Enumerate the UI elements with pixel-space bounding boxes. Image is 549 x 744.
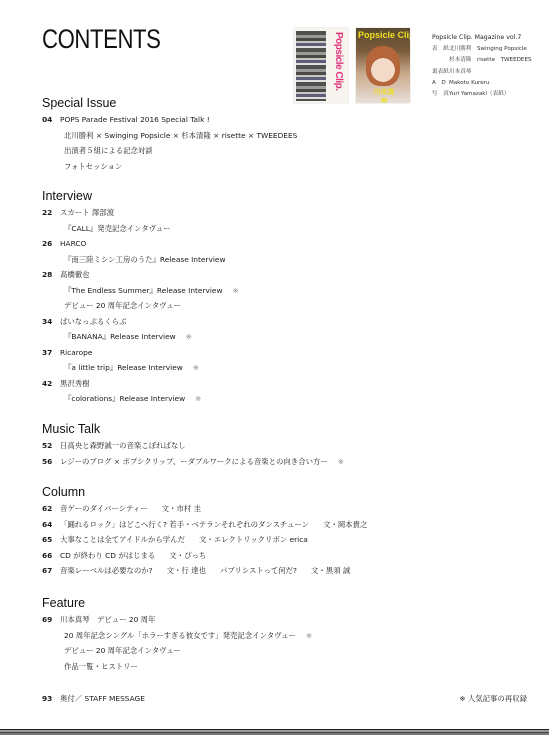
entry-title: 大事なことは全てアイドルから学んだ — [60, 535, 185, 544]
section-title: Feature — [42, 594, 312, 612]
cover-brand-logo: Popsicle Clip. — [328, 32, 344, 100]
entry-subtitle: 『a little trip』Release Interview※ — [42, 360, 239, 376]
page-number: 42 — [42, 376, 60, 392]
entry-subtitle: デビュー 20 周年記念インタヴュー — [42, 643, 312, 659]
credit-label: 裏表紙 — [432, 67, 449, 78]
entry-title: スカート 澤部渡 — [60, 208, 114, 217]
entry-title: 音楽レーベルは必要なのか? — [60, 566, 153, 575]
credit-row: 杉本清隆 risette TWEEDEES — [432, 55, 549, 66]
credit-value: Yuri Yamazaki（表紙） — [449, 89, 509, 100]
entry-subtitle: 作品一覧・ヒストリー — [42, 659, 312, 675]
credit-label: 表 紙 — [432, 44, 449, 55]
page-number: 28 — [42, 267, 60, 283]
toc-entry[interactable]: 56レジーのブログ × ポプシクリップ、ーダブルワークによる音楽との向き合い方ー… — [42, 454, 344, 470]
toc-entry-colophon[interactable]: 93奥付／ STAFF MESSAGE — [42, 693, 145, 704]
entry-author: 文・市村 圭 — [162, 504, 201, 513]
entry-title: 「踊れるロック」はどこへ行く? 若手・ベテランそれぞれのダンスチューン — [60, 520, 309, 529]
toc-entry[interactable]: 65大事なことは全てアイドルから学んだ文・エレクトリックリボン erica — [42, 532, 367, 548]
section-column: Column 62音ゲーのダイバーシティー文・市村 圭 64「踊れるロック」はど… — [42, 483, 367, 579]
section-title: Music Talk — [42, 420, 344, 438]
entry-subtitle-text: 『CALL』発売記念インタヴュー — [64, 224, 171, 233]
credit-label — [432, 55, 449, 66]
entry-subtitle-text: デビュー 20 周年記念インタヴュー — [64, 301, 181, 310]
entry-subtitle: 『CALL』発売記念インタヴュー — [42, 221, 239, 237]
entry-subtitle-text: 『BANANA』Release Interview — [64, 332, 176, 341]
page-number: 26 — [42, 236, 60, 252]
page-number: 34 — [42, 314, 60, 330]
entry-subtitle: 『BANANA』Release Interview※ — [42, 329, 239, 345]
reprint-mark: ※ — [306, 631, 312, 640]
cover-brand-logo: Popsicle Clip. — [358, 30, 408, 40]
toc-entry[interactable]: 52日高央と森野誠一の音楽こぼればなし — [42, 438, 344, 454]
entry-title-extra: パブリシストって何だ? — [220, 566, 297, 575]
entry-author: 文・行 達也 — [167, 566, 206, 575]
credit-value: 川本真琴 — [449, 67, 471, 78]
reprint-note: ※ 人気記事の再収録 — [459, 693, 527, 704]
toc-entry[interactable]: 34ぱいなっぷるくらぶ — [42, 314, 239, 330]
entry-subtitle-text: 作品一覧・ヒストリー — [64, 662, 138, 671]
reprint-mark: ※ — [193, 363, 199, 372]
entry-subtitle: 北川勝利 × Swinging Popsicle × 杉本清隆 × risett… — [42, 128, 297, 144]
credit-value: 杉本清隆 risette TWEEDEES — [449, 55, 532, 66]
entry-title: 川本真琴 デビュー 20 周年 — [60, 615, 155, 624]
page-number: 65 — [42, 532, 60, 548]
entry-author: 文・岡本貴之 — [323, 520, 367, 529]
page-number: 69 — [42, 612, 60, 628]
page-title: CONTENTS — [42, 24, 160, 55]
page-number: 56 — [42, 454, 60, 470]
toc-entry[interactable]: 42黒沢秀樹 — [42, 376, 239, 392]
section-special-issue: Special Issue 04POPS Parade Festival 201… — [42, 94, 297, 174]
credit-value: Makoto Kureru — [449, 78, 490, 89]
credits-block: Popsicle Clip. Magazine vol.7 表 紙北川勝利 Sw… — [432, 32, 549, 100]
entry-subtitle: 出演者５組による記念対談 — [42, 143, 297, 159]
entry-title: 高橋徹也 — [60, 270, 90, 279]
toc-entry[interactable]: 26HARCO — [42, 236, 239, 252]
entry-author: 文・エレクトリックリボン erica — [199, 535, 308, 544]
reprint-mark: ※ — [233, 286, 239, 295]
entry-title: HARCO — [60, 239, 86, 248]
entry-title: 黒沢秀樹 — [60, 379, 90, 388]
credit-row: A DMakoto Kureru — [432, 78, 549, 89]
page-number: 66 — [42, 548, 60, 564]
entry-title: POPS Parade Festival 2016 Special Talk ! — [60, 115, 210, 124]
reprint-mark: ※ — [186, 332, 192, 341]
entry-subtitle-text: 『南三陸ミシン工房のうた』Release Interview — [64, 255, 226, 264]
credit-row: 写 真Yuri Yamazaki（表紙） — [432, 89, 549, 100]
entry-title: レジーのブログ × ポプシクリップ、ーダブルワークによる音楽との向き合い方ー — [60, 457, 328, 466]
magazine-name: Popsicle Clip. Magazine vol.7 — [432, 32, 549, 43]
cover-name: 川本真琴 — [373, 87, 395, 97]
credit-row: 表 紙北川勝利 Swinging Popsicle — [432, 44, 549, 55]
entry-subtitle: 『colorations』Release Interview※ — [42, 391, 239, 407]
cover-group-photo — [296, 31, 326, 101]
reprint-mark: ※ — [338, 457, 344, 466]
entry-subtitle: デビュー 20 周年記念インタヴュー — [42, 298, 239, 314]
toc-entry[interactable]: 67音楽レーベルは必要なのか?文・行 達也パブリシストって何だ?文・黒須 誠 — [42, 563, 367, 579]
page-number: 62 — [42, 501, 60, 517]
section-feature: Feature 69川本真琴 デビュー 20 周年 20 周年記念シングル「ホラ… — [42, 594, 312, 674]
section-title: Interview — [42, 187, 239, 205]
entry-title: 音ゲーのダイバーシティー — [60, 504, 148, 513]
toc-entry[interactable]: 62音ゲーのダイバーシティー文・市村 圭 — [42, 501, 367, 517]
entry-subtitle-text: 『The Endless Summer』Release Interview — [64, 286, 223, 295]
section-title: Special Issue — [42, 94, 297, 112]
page-number: 93 — [42, 694, 60, 703]
entry-subtitle: 『The Endless Summer』Release Interview※ — [42, 283, 239, 299]
entry-author: 文・黒須 誠 — [311, 566, 350, 575]
section-music-talk: Music Talk 52日高央と森野誠一の音楽こぼればなし 56レジーのブログ… — [42, 420, 344, 469]
entry-subtitle: 20 周年記念シングル「ホラーすぎる彼女です」発売記念インタヴュー※ — [42, 628, 312, 644]
bottom-rule — [0, 729, 549, 735]
entry-subtitle-text: デビュー 20 周年記念インタヴュー — [64, 646, 181, 655]
page-number: 64 — [42, 517, 60, 533]
entry-subtitle-text: 『a little trip』Release Interview — [64, 363, 183, 372]
entry-author: 文・ぴっち — [169, 551, 206, 560]
section-title: Column — [42, 483, 367, 501]
entry-title: 日高央と森野誠一の音楽こぼればなし — [60, 441, 186, 450]
credit-label: A D — [432, 78, 449, 89]
credit-row: 裏表紙川本真琴 — [432, 67, 549, 78]
cover-image-front: Popsicle Clip. — [294, 28, 348, 103]
entry-subtitle-text: 20 周年記念シングル「ホラーすぎる彼女です」発売記念インタヴュー — [64, 631, 296, 640]
entry-title: Ricarope — [60, 348, 92, 357]
section-interview: Interview 22スカート 澤部渡 『CALL』発売記念インタヴュー 26… — [42, 187, 239, 407]
toc-entry[interactable]: 69川本真琴 デビュー 20 周年 — [42, 612, 312, 628]
cover-image-back: Popsicle Clip. 川本真琴 — [356, 28, 410, 103]
credit-value: 北川勝利 Swinging Popsicle — [449, 44, 527, 55]
entry-subtitle: フォトセッション — [42, 159, 297, 175]
page-number: 52 — [42, 438, 60, 454]
toc-entry[interactable]: 28高橋徹也 — [42, 267, 239, 283]
entry-title: CD が終わり CD がはじまる — [60, 551, 155, 560]
toc-entry[interactable]: 66CD が終わり CD がはじまる文・ぴっち — [42, 548, 367, 564]
toc-entry[interactable]: 64「踊れるロック」はどこへ行く? 若手・ベテランそれぞれのダンスチューン文・岡… — [42, 517, 367, 533]
entry-subtitle: 『南三陸ミシン工房のうた』Release Interview — [42, 252, 239, 268]
entry-title: 奥付／ STAFF MESSAGE — [60, 694, 145, 703]
toc-entry[interactable]: 37Ricarope — [42, 345, 239, 361]
reprint-mark: ※ — [195, 394, 201, 403]
credit-label: 写 真 — [432, 89, 449, 100]
page-number: 22 — [42, 205, 60, 221]
entry-title: ぱいなっぷるくらぶ — [60, 317, 127, 326]
cover-portrait — [366, 46, 400, 86]
page-number: 37 — [42, 345, 60, 361]
page-number: 04 — [42, 112, 60, 128]
toc-entry[interactable]: 22スカート 澤部渡 — [42, 205, 239, 221]
page-number: 67 — [42, 563, 60, 579]
toc-entry[interactable]: 04POPS Parade Festival 2016 Special Talk… — [42, 112, 297, 128]
entry-subtitle-text: 『colorations』Release Interview — [64, 394, 185, 403]
